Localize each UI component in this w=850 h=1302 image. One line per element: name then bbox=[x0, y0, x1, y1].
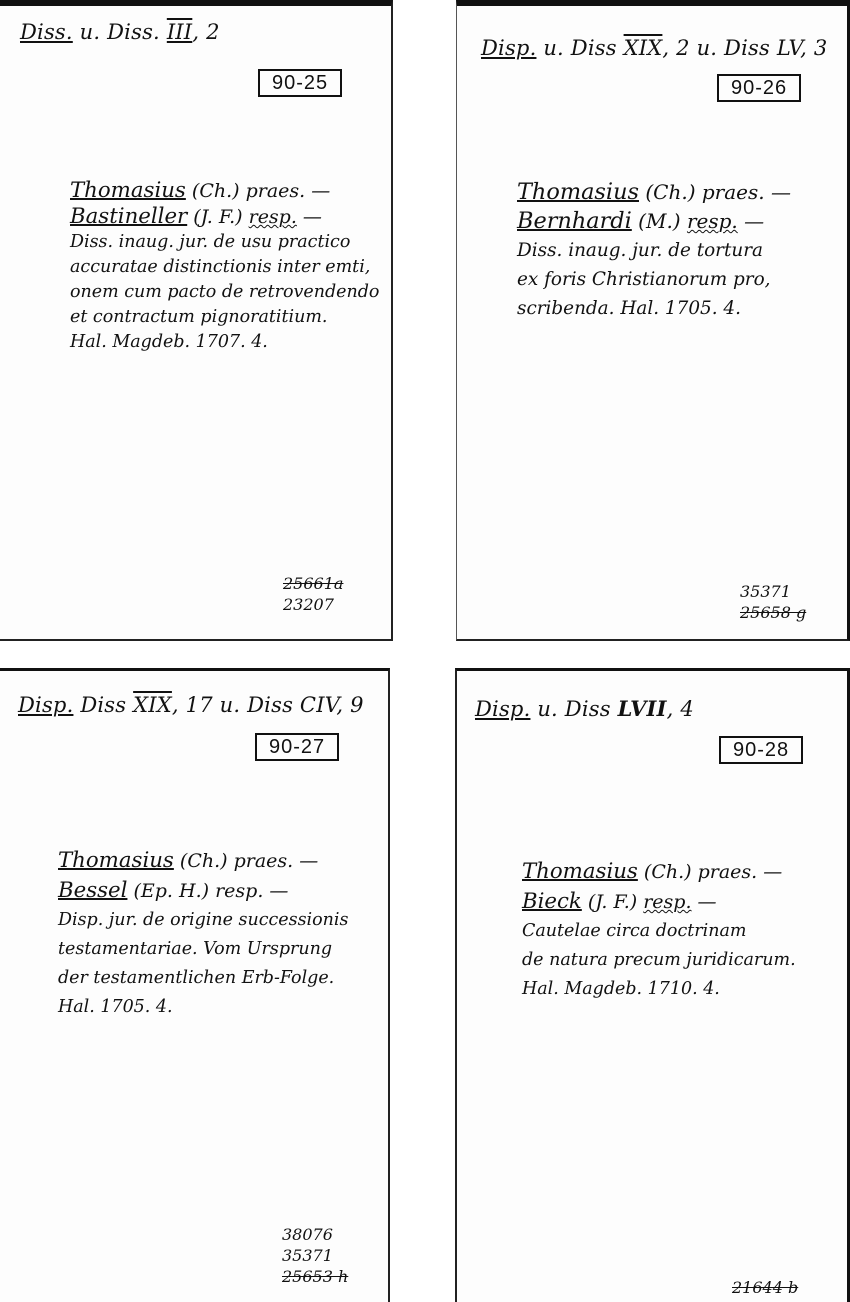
shelfmark-suffix: , 2 bbox=[192, 20, 219, 44]
respondent-line: Bessel (Ep. H.) resp. — bbox=[58, 876, 348, 906]
catalog-card-90-28: Disp. u. Diss LVII, 4 90-28 Thomasius (C… bbox=[455, 668, 850, 1302]
president-initials: (Ch.) bbox=[180, 850, 228, 872]
respondent-name: Bastineller bbox=[70, 204, 187, 229]
respondent-line: Bieck (J. F.) resp. — bbox=[522, 887, 796, 917]
shelfmark-volume: XIX bbox=[624, 36, 663, 60]
shelfmark-prefix: Disp. bbox=[475, 697, 530, 721]
respondent-line: Bernhardi (M.) resp. — bbox=[517, 207, 791, 236]
shelfmark-text: u. Diss bbox=[536, 36, 623, 60]
title-line: accuratae distinctionis inter emti, bbox=[70, 255, 379, 280]
shelfmark-volume: III bbox=[167, 20, 193, 44]
accession-number-struck: 25658 g bbox=[740, 602, 806, 623]
accession-number: 23207 bbox=[283, 594, 343, 615]
bibliographic-entry: Thomasius (Ch.) praes. — Bastineller (J.… bbox=[70, 178, 379, 355]
call-number-box: 90-27 bbox=[255, 733, 339, 761]
title-line: Diss. inaug. jur. de tortura bbox=[517, 236, 791, 265]
call-number-box: 90-26 bbox=[717, 74, 801, 102]
shelfmark-suffix: , 2 u. Diss LV, 3 bbox=[662, 36, 827, 60]
imprint-line: Hal. Magdeb. 1707. 4. bbox=[70, 330, 379, 355]
title-line: de natura precum juridicarum. bbox=[522, 946, 796, 975]
respondent-initials: (J. F.) bbox=[193, 206, 242, 228]
shelfmark-suffix: , 17 u. Diss CIV, 9 bbox=[172, 693, 364, 717]
president-role: praes. — bbox=[698, 861, 783, 883]
shelfmark-prefix: Diss. bbox=[20, 20, 73, 44]
respondent-role: resp. bbox=[687, 209, 738, 233]
respondent-initials: (J. F.) bbox=[588, 891, 637, 913]
president-initials: (Ch.) bbox=[192, 180, 240, 202]
title-line: Disp. jur. de origine successionis bbox=[58, 906, 348, 935]
bibliographic-entry: Thomasius (Ch.) praes. — Bessel (Ep. H.)… bbox=[58, 846, 348, 1022]
president-initials: (Ch.) bbox=[644, 861, 692, 883]
shelfmark: Disp. Diss XIX, 17 u. Diss CIV, 9 bbox=[18, 693, 364, 717]
respondent-role: resp. bbox=[643, 891, 691, 913]
president-name: Thomasius bbox=[522, 859, 638, 884]
president-line: Thomasius (Ch.) praes. — bbox=[522, 857, 796, 887]
respondent-dash: — bbox=[263, 880, 288, 902]
call-number-box: 90-28 bbox=[719, 736, 803, 764]
accession-numbers: 25661a 23207 bbox=[283, 573, 343, 615]
imprint-line: scribenda. Hal. 1705. 4. bbox=[517, 294, 791, 323]
president-role: praes. — bbox=[702, 180, 791, 204]
respondent-name: Bessel bbox=[58, 878, 127, 903]
accession-number-struck: 21644 b bbox=[732, 1277, 798, 1298]
imprint-line: Hal. 1705. 4. bbox=[58, 993, 348, 1022]
title-line: Diss. inaug. jur. de usu practico bbox=[70, 230, 379, 255]
title-line: onem cum pacto de retrovendendo bbox=[70, 280, 379, 305]
title-line: der testamentlichen Erb-Folge. bbox=[58, 964, 348, 993]
catalog-card-90-27: Disp. Diss XIX, 17 u. Diss CIV, 9 90-27 … bbox=[0, 668, 390, 1302]
accession-numbers: 35371 25658 g bbox=[740, 581, 806, 623]
shelfmark: Disp. u. Diss XIX, 2 u. Diss LV, 3 bbox=[481, 36, 828, 60]
shelfmark-text: Diss bbox=[73, 693, 133, 717]
accession-number-struck: 25661a bbox=[283, 573, 343, 594]
president-role: praes. — bbox=[234, 850, 319, 872]
respondent-name: Bieck bbox=[522, 889, 582, 914]
title-line: et contractum pignoratitium. bbox=[70, 305, 379, 330]
president-initials: (Ch.) bbox=[645, 180, 695, 204]
respondent-initials: (Ep. H.) bbox=[133, 880, 209, 902]
shelfmark-text: u. Diss. bbox=[73, 20, 167, 44]
president-name: Thomasius bbox=[58, 848, 174, 873]
title-line: testamentariae. Vom Ursprung bbox=[58, 935, 348, 964]
president-line: Thomasius (Ch.) praes. — bbox=[70, 178, 379, 204]
shelfmark-prefix: Disp. bbox=[481, 36, 536, 60]
bibliographic-entry: Thomasius (Ch.) praes. — Bernhardi (M.) … bbox=[517, 178, 791, 323]
accession-numbers: 21644 b bbox=[732, 1277, 798, 1298]
president-role: praes. — bbox=[246, 180, 331, 202]
accession-number: 38076 bbox=[282, 1224, 348, 1245]
shelfmark-prefix: Disp. bbox=[18, 693, 73, 717]
shelfmark: Disp. u. Diss LVII, 4 bbox=[475, 696, 694, 721]
respondent-role: resp. bbox=[249, 206, 297, 228]
president-name: Thomasius bbox=[517, 179, 639, 205]
catalog-card-90-26: Disp. u. Diss XIX, 2 u. Diss LV, 3 90-26… bbox=[456, 0, 850, 641]
shelfmark-suffix: , 4 bbox=[667, 697, 694, 721]
president-line: Thomasius (Ch.) praes. — bbox=[517, 178, 791, 207]
shelfmark-text: u. Diss bbox=[530, 697, 617, 721]
respondent-line: Bastineller (J. F.) resp. — bbox=[70, 204, 379, 230]
president-line: Thomasius (Ch.) praes. — bbox=[58, 846, 348, 876]
title-line: Cautelae circa doctrinam bbox=[522, 917, 796, 946]
accession-number-struck: 25653 h bbox=[282, 1266, 348, 1287]
catalog-card-90-25: Diss. u. Diss. III, 2 90-25 Thomasius (C… bbox=[0, 0, 393, 641]
accession-number: 35371 bbox=[282, 1245, 348, 1266]
respondent-role: resp. bbox=[215, 880, 263, 902]
shelfmark-volume: LVII bbox=[618, 696, 667, 721]
shelfmark-volume: XIX bbox=[133, 693, 172, 717]
respondent-initials: (M.) bbox=[638, 209, 680, 233]
respondent-dash: — bbox=[738, 209, 764, 233]
president-name: Thomasius bbox=[70, 178, 186, 203]
bibliographic-entry: Thomasius (Ch.) praes. — Bieck (J. F.) r… bbox=[522, 857, 796, 1004]
accession-number: 35371 bbox=[740, 581, 806, 602]
shelfmark: Diss. u. Diss. III, 2 bbox=[20, 20, 220, 44]
accession-numbers: 38076 35371 25653 h bbox=[282, 1224, 348, 1287]
call-number-box: 90-25 bbox=[258, 69, 342, 97]
respondent-dash: — bbox=[297, 206, 322, 228]
imprint-line: Hal. Magdeb. 1710. 4. bbox=[522, 975, 796, 1004]
respondent-dash: — bbox=[692, 891, 717, 913]
respondent-name: Bernhardi bbox=[517, 208, 632, 234]
title-line: ex foris Christianorum pro, bbox=[517, 265, 791, 294]
